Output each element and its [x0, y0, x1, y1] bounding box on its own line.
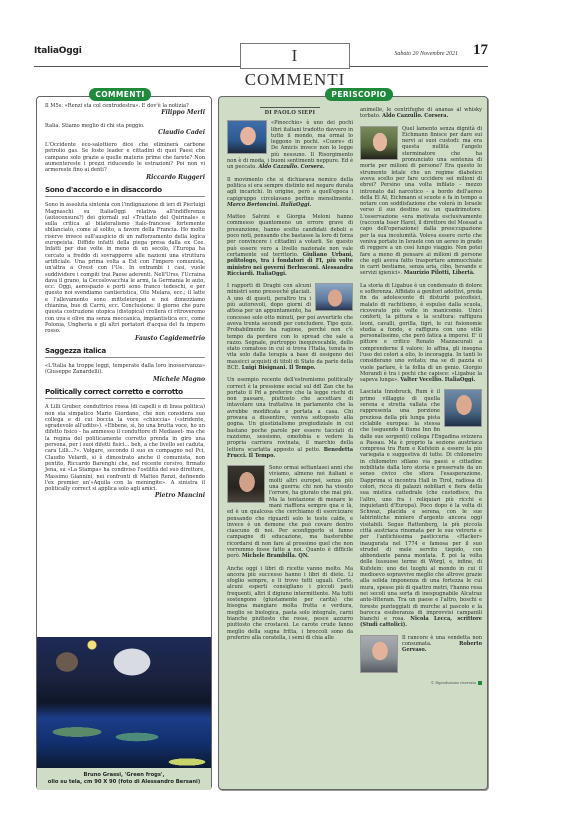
article-text: «L'Italia ha troppe leggi, temperate dal… [45, 363, 205, 376]
article-author: Michele Magno [45, 377, 205, 383]
short-comment: L'Occidente eco-salottiero dice che elim… [45, 142, 205, 181]
reproduction-note: © Riproduzione riservata [360, 680, 482, 686]
quote-item: Sono ormai settantasei anni che viviamo,… [227, 465, 353, 559]
quote-source: Aldo Cazzullo. Corsera. [258, 164, 324, 170]
article-headline: Saggezza italica [45, 348, 205, 358]
article-author: Pietro Mancini [45, 493, 205, 499]
short-comment: Italia. Stiamo meglio di chi sta peggio.… [45, 123, 205, 137]
issue-date: Sabato 20 Novembre 2021 [394, 51, 458, 57]
comment-text: L'Occidente eco-salottiero dice che elim… [45, 142, 205, 173]
article-body: Sono in assoluta sintonia con l'indignaz… [45, 202, 205, 342]
end-square-icon [478, 681, 482, 685]
quote-text: Anche oggi i libri di ricette vanno molt… [227, 566, 353, 641]
quote-item: Matteo Salvini e Giorgia Meloni hanno co… [227, 214, 353, 277]
article-body: «L'Italia ha troppe leggi, temperate dal… [45, 363, 205, 383]
quote-item: animelle, le centrifughe di ananas al wh… [360, 107, 482, 120]
periscopio-label: PERISCOPIO [325, 88, 393, 101]
quote-item: Un esempio recente dell'estremismo polit… [227, 377, 353, 459]
comment-text: Italia. Stiamo meglio di chi sta peggio. [45, 123, 205, 129]
caption-line: olio su tela, cm 90 X 90 (foto di Alessa… [37, 779, 211, 786]
periscopio-column-b: animelle, le centrifughe di ananas al wh… [360, 107, 482, 686]
quote-source: Luigi Bisignani. Il Tempo. [242, 365, 316, 371]
commenti-column: Il M5s: «Renzi sta col centrodestra». E … [45, 103, 205, 506]
article-author: Fausto Cagidemetrio [45, 336, 205, 342]
newspaper-logo: ItaliaOggi [34, 46, 82, 56]
article-headline: Politically correct corretto e corrotto [45, 389, 205, 399]
quote-item: «Pinocchio» è uno dei pochi libri italia… [227, 120, 353, 170]
quote-item: La storia di Ligabue è un condensato di … [360, 283, 482, 384]
quote-source: Michele Brambilla. QN. [242, 553, 309, 559]
painting-image [37, 637, 211, 768]
article-body: A Lilli Gruber, conduttrice rossa (di ca… [45, 404, 205, 499]
quote-item: Il rancore è una vendetta non consumata.… [360, 635, 482, 674]
comment-author: Filippo Merli [45, 110, 205, 116]
page-header: ItaliaOggi I COMMENTI Sabato 20 Novembre… [34, 40, 488, 80]
byline: DI PAOLO SIEPI [260, 107, 320, 116]
painting-figure: Bruno Grassi, 'Green frogs', olio su tel… [37, 637, 211, 790]
periscopio-column-a: DI PAOLO SIEPI «Pinocchio» è uno dei poc… [227, 107, 353, 647]
quote-text: La storia di Ligabue è un condensato di … [360, 283, 482, 383]
article-headline: Sono d'accordo e in disaccordo [45, 187, 205, 197]
comment-author: Claudio Cadei [45, 130, 205, 136]
quote-item: Anche oggi i libri di ricette vanno molt… [227, 566, 353, 642]
article-text: A Lilli Gruber, conduttrice rossa (di ca… [45, 404, 205, 492]
quote-source: Aldo Cazzullo. Corsera. [382, 113, 448, 119]
painting-caption: Bruno Grassi, 'Green frogs', olio su tel… [37, 768, 211, 790]
author-photo [360, 126, 398, 160]
commenti-box: COMMENTI Il M5s: «Renzi sta col centrode… [36, 96, 212, 790]
article-text: Sono in assoluta sintonia con l'indignaz… [45, 202, 205, 334]
quote-item: Il movimento che si dichiarava nemico de… [227, 177, 353, 208]
quote-item: Quel lamento senza dignità di Eichmann f… [360, 126, 482, 277]
caption-line: Bruno Grassi, 'Green frogs', [37, 772, 211, 779]
section-title: I COMMENTI [240, 43, 350, 69]
author-photo [227, 120, 267, 154]
commenti-label: COMMENTI [89, 88, 151, 101]
author-photo [227, 465, 265, 503]
periscopio-box: PERISCOPIO DI PAOLO SIEPI «Pinocchio» è … [218, 96, 488, 790]
comment-author: Riccardo Ruggeri [45, 175, 205, 181]
short-comment: Il M5s: «Renzi sta col centrodestra». E … [45, 103, 205, 117]
quote-text: Un esempio recente dell'estremismo polit… [227, 377, 353, 452]
author-photo [315, 283, 353, 311]
quote-source: Marco Bertoncini. ItaliaOggi. [227, 202, 311, 208]
reproduction-text: © Riproduzione riservata [431, 681, 476, 685]
quote-item: Lasciata Innsbruck, Rum è il primo villa… [360, 389, 482, 628]
author-photo [444, 389, 482, 427]
quote-item: I rapporti di Draghi con alcuni ministri… [227, 283, 353, 371]
page-number: 17 [473, 42, 488, 59]
quote-source: Maurizio Pilotti, Libertà. [404, 270, 475, 276]
quote-text: Il movimento che si dichiarava nemico de… [227, 177, 353, 202]
author-photo [360, 635, 398, 673]
quote-source: Valter Vecellio. ItaliaOggi. [400, 377, 475, 383]
